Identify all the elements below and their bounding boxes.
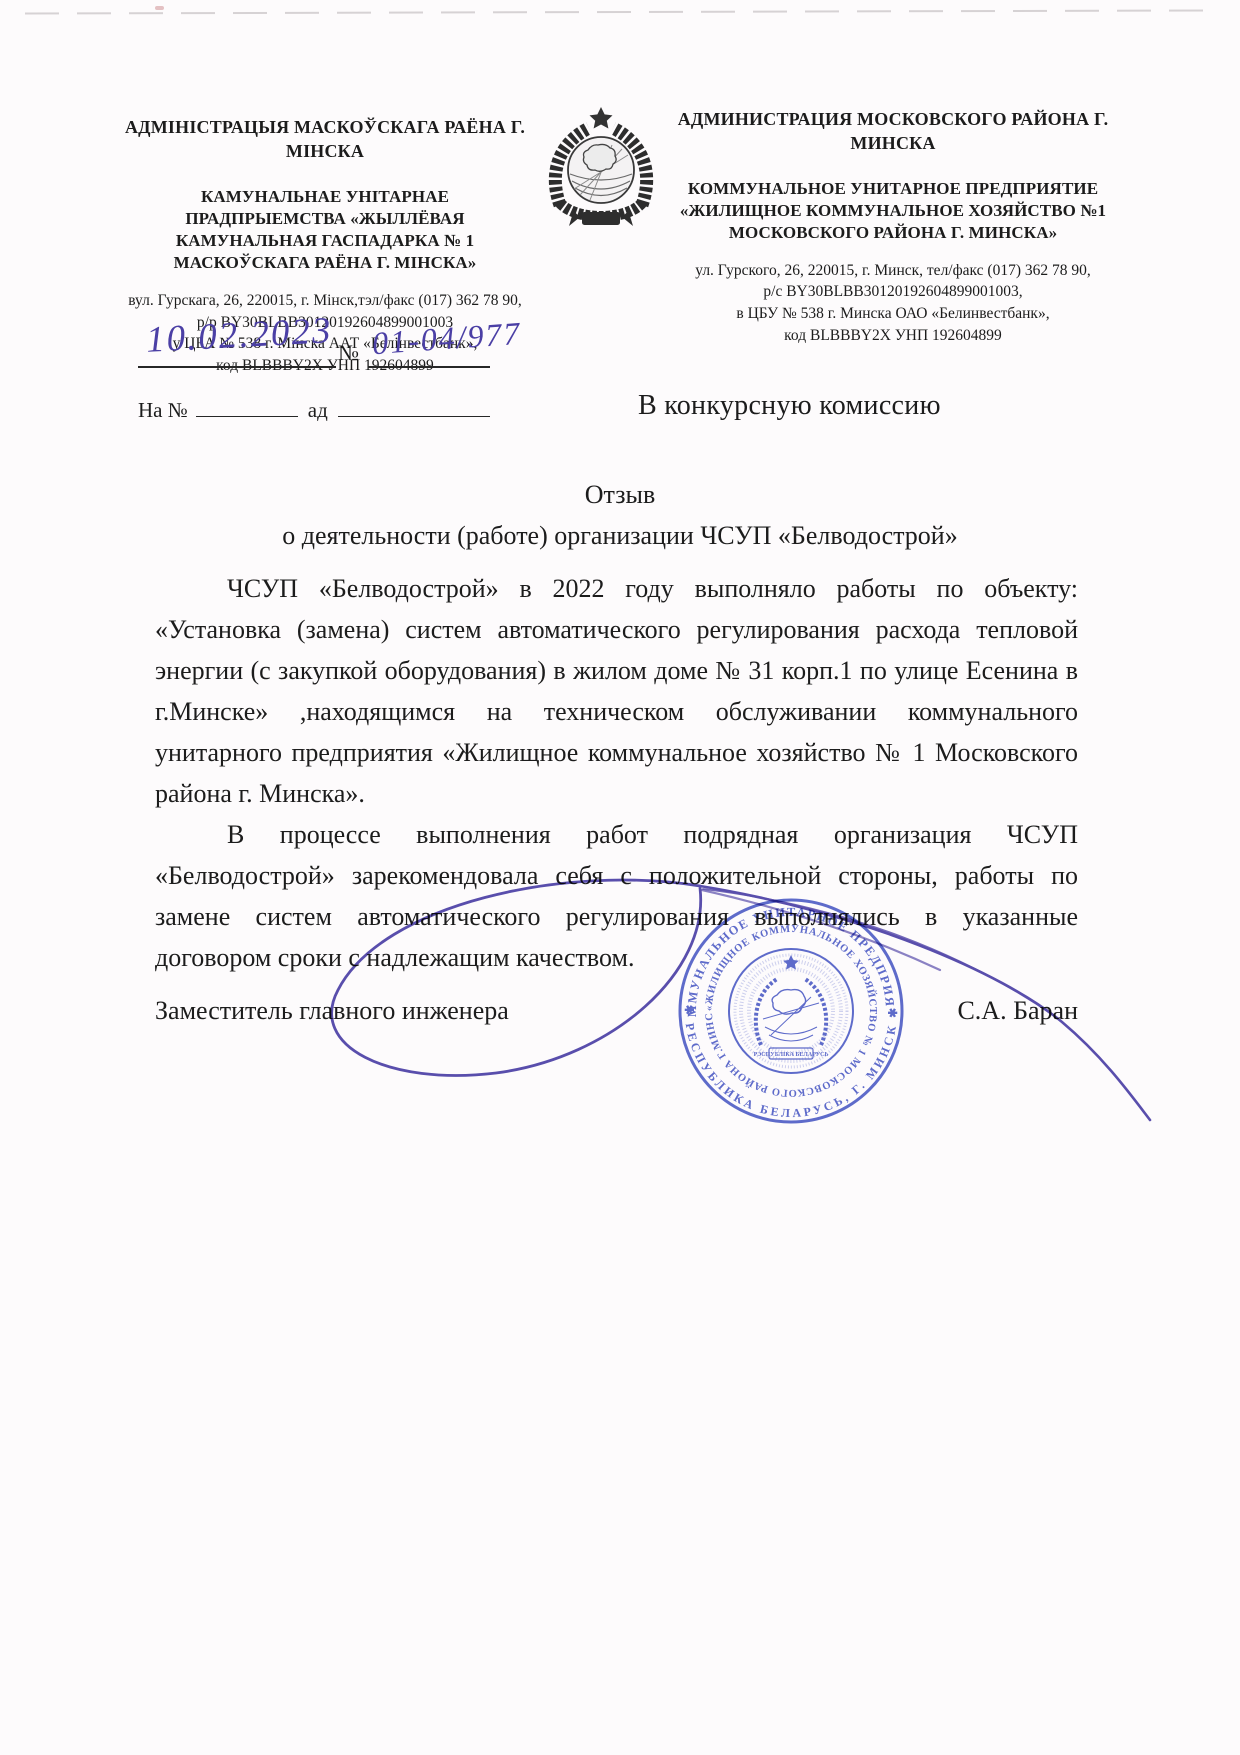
number-underline: [368, 366, 490, 368]
document-title: Отзыв: [160, 480, 1080, 510]
letterhead-right-enterprise: КОММУНАЛЬНОЕ УНИТАРНОЕ ПРЕДПРИЯТИЕ «ЖИЛИ…: [668, 178, 1118, 244]
signature-row: Заместитель главного инженера С.А. Баран: [155, 996, 1078, 1026]
reply-date-blank: [338, 394, 490, 417]
letterhead-right-address-line2: р/с BY30BLBB30120192604899001003,: [668, 281, 1118, 303]
letterhead-left-address-line1: вул. Гурскага, 26, 220015, г. Мінск,тэл/…: [120, 290, 530, 312]
belarus-coat-of-arms-icon: [536, 103, 666, 237]
letterhead-right-address-line1: ул. Гурского, 26, 220015, г. Минск, тел/…: [668, 260, 1118, 282]
signer-position: Заместитель главного инженера: [155, 996, 509, 1026]
number-sign-label: №: [338, 340, 359, 366]
scan-artifact-dot: [155, 6, 164, 10]
stamp-outer-ring-top-text: КОММУНАЛЬНОЕ УНИТАРНОЕ ПРЕДПРИЯТИЕ: [665, 885, 897, 1017]
letterhead-left-enterprise: КАМУНАЛЬНАЕ УНІТАРНАЕ ПРАДПРЫЕМСТВА «ЖЫЛ…: [120, 186, 530, 274]
letterhead-right-administration: АДМИНИСТРАЦИЯ МОСКОВСКОГО РАЙОНА Г. МИНС…: [668, 108, 1118, 156]
letterhead-right: АДМИНИСТРАЦИЯ МОСКОВСКОГО РАЙОНА Г. МИНС…: [668, 108, 1118, 347]
letterhead-right-address-line3: в ЦБУ № 538 г. Минска ОАО «Белинвестбанк…: [668, 303, 1118, 325]
signer-name: С.А. Баран: [957, 996, 1078, 1026]
scan-artifact-top-edge: [25, 9, 1215, 14]
na-number-label: На №: [138, 398, 188, 422]
date-underline: [138, 366, 336, 368]
recipient-line: В конкурсную комиссию: [638, 390, 941, 422]
reply-number-blank: [196, 394, 298, 417]
ad-label: ад: [308, 398, 328, 422]
body-paragraph-2: В процессе выполнения работ подрядная ор…: [155, 814, 1078, 978]
letterhead-right-address: ул. Гурского, 26, 220015, г. Минск, тел/…: [668, 260, 1118, 347]
stamp-center-label: РЭСПУБЛІКА БЕЛАРУСЬ: [754, 1052, 829, 1058]
letterhead-right-address-line4: код BLBBBY2X УНП 192604899: [668, 325, 1118, 347]
letter-body: ЧСУП «Белводострой» в 2022 году выполнял…: [155, 568, 1078, 978]
document-subtitle: о деятельности (работе) организации ЧСУП…: [160, 521, 1080, 551]
body-paragraph-1: ЧСУП «Белводострой» в 2022 году выполнял…: [155, 568, 1078, 814]
svg-text:КОММУНАЛЬНОЕ УНИТАРНОЕ ПРЕДПРИ: КОММУНАЛЬНОЕ УНИТАРНОЕ ПРЕДПРИЯТИЕ: [665, 885, 897, 1017]
letterhead-left-administration: АДМІНІСТРАЦЫЯ МАСКОЎСКАГА РАЁНА Г. МІНСК…: [120, 116, 530, 164]
scanned-letter-page: АДМІНІСТРАЦЫЯ МАСКОЎСКАГА РАЁНА Г. МІНСК…: [0, 0, 1240, 1755]
reply-reference-line: На №ад: [138, 394, 490, 423]
official-round-stamp: КОММУНАЛЬНОЕ УНИТАРНОЕ ПРЕДПРИЯТИЕ ✱ РЕС…: [665, 885, 917, 1137]
